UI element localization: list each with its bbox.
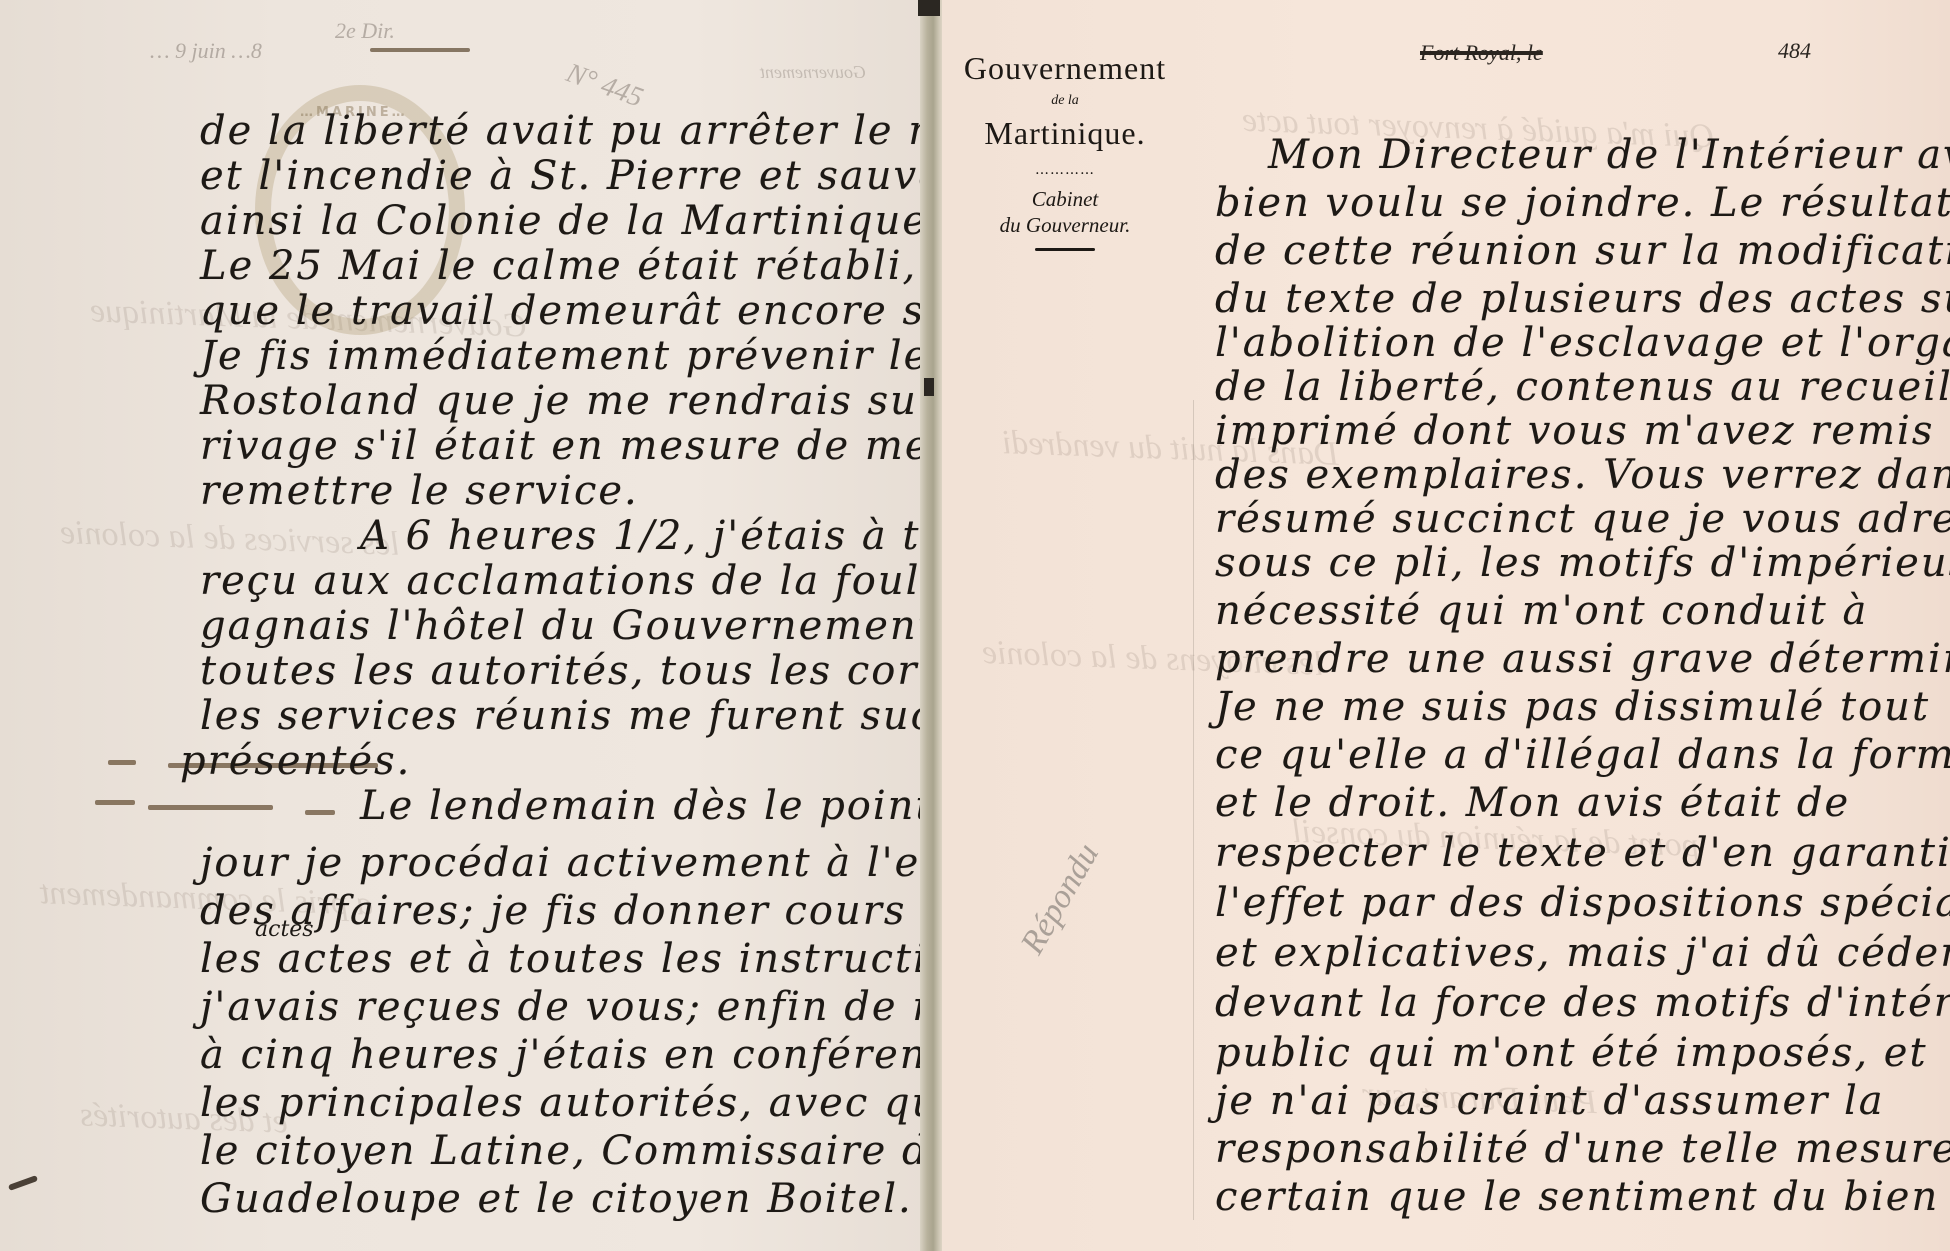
- text-line: et le droit. Mon avis était de: [1215, 780, 1850, 826]
- text-line: de cette réunion sur la modification: [1215, 228, 1950, 274]
- text-line: les principales autorités, avec qui elle…: [200, 1080, 924, 1126]
- text-line: de la liberté, contenus au recueil: [1215, 364, 1950, 410]
- text-line: l'effet par des dispositions spéciales: [1215, 880, 1950, 926]
- text-line: gagnais l'hôtel du Gouvernement, où: [200, 603, 924, 649]
- letterhead-flourish: [1035, 248, 1095, 251]
- margin-line: [1193, 400, 1194, 1220]
- margin-dash: [95, 800, 135, 805]
- letterhead-martinique: Martinique.: [960, 115, 1170, 152]
- text-line: respecter le texte et d'en garantir: [1215, 830, 1950, 876]
- text-line: et explicatives, mais j'ai dû céder: [1215, 930, 1950, 976]
- text-line: à cinq heures j'étais en conférence avec: [200, 1032, 924, 1078]
- date-annotation: … 9 juin …8: [150, 38, 262, 64]
- ink-blot: [8, 1175, 38, 1191]
- text-line: j'avais reçues de vous; enfin de midi: [200, 984, 924, 1030]
- margin-dash: [305, 810, 335, 815]
- text-line: et l'incendie à St. Pierre et sauver: [200, 153, 924, 199]
- text-line: jour je procédai activement à l'expéditi…: [200, 840, 924, 886]
- text-line: des exemplaires. Vous verrez dans le: [1215, 452, 1950, 498]
- text-line: je n'ai pas craint d'assumer la: [1215, 1078, 1885, 1124]
- text-line: les actes et à toutes les instructions q…: [200, 936, 924, 982]
- letterhead-du-gouverneur: du Gouverneur.: [960, 212, 1170, 238]
- folio-number: 484: [1778, 38, 1811, 64]
- underline-rule: [370, 48, 470, 52]
- place-date-struck: Fort Royal, le: [1420, 40, 1543, 66]
- text-line: l'abolition de l'esclavage et l'organisa…: [1215, 320, 1950, 366]
- left-page: Gouvernement de la Martinique les servic…: [0, 0, 924, 1251]
- letterhead-dots: …………: [960, 162, 1170, 178]
- text-line: certain que le sentiment du bien: [1215, 1174, 1939, 1220]
- letterhead: Gouvernement de la Martinique. ………… Cabi…: [960, 50, 1170, 251]
- text-line: reçu aux acclamations de la foule; je: [200, 558, 924, 604]
- mirrored-letterhead: Gouvernement: [760, 62, 866, 83]
- text-line: responsabilité d'une telle mesure,: [1215, 1126, 1950, 1172]
- text-line: toutes les autorités, tous les corps, to…: [200, 648, 924, 694]
- text-line: Rostoland que je me rendrais sur le: [200, 378, 924, 424]
- text-line: Je fis immédiatement prévenir le Général: [200, 333, 924, 379]
- text-line: imprimé dont vous m'avez remis: [1215, 408, 1934, 454]
- register-number: N° 445: [562, 57, 647, 114]
- text-line: que le travail demeurât encore suspendu.: [200, 288, 924, 334]
- text-line: nécessité qui m'ont conduit à: [1215, 588, 1868, 634]
- text-line: bien voulu se joindre. Le résultat: [1215, 180, 1950, 226]
- text-line: les services réunis me furent successive…: [200, 693, 924, 739]
- text-line: Mon Directeur de l'Intérieur avait: [1268, 132, 1950, 178]
- book-spine: [920, 0, 944, 1251]
- text-line: A 6 heures 1/2, j'étais à terre: [360, 513, 924, 559]
- text-line: Le lendemain dès le point du: [360, 783, 924, 829]
- text-line: ce qu'elle a d'illégal dans la forme: [1215, 732, 1950, 778]
- text-line: présentés.: [180, 738, 411, 784]
- text-line: le citoyen Latine, Commissaire de la: [200, 1128, 924, 1174]
- margin-dash: [148, 805, 273, 810]
- text-line: rivage s'il était en mesure de me: [200, 423, 924, 469]
- text-line: ainsi la Colonie de la Martinique.: [200, 198, 924, 244]
- letterhead-cabinet: Cabinet: [960, 186, 1170, 212]
- text-line: résumé succinct que je vous adresse: [1215, 496, 1950, 542]
- binding-tab: [924, 378, 934, 396]
- text-line: remettre le service.: [200, 468, 639, 514]
- letterhead-government: Gouvernement: [960, 50, 1170, 87]
- margin-dash: [108, 760, 136, 765]
- text-line: Guadeloupe et le citoyen Boitel.: [200, 1176, 913, 1222]
- text-line: de la liberté avait pu arrêter le meurtr…: [200, 108, 924, 154]
- binding-tab: [918, 0, 940, 16]
- letterhead-de-la: de la: [960, 93, 1170, 109]
- text-line: du texte de plusieurs des actes sur: [1215, 276, 1950, 322]
- text-line: sous ce pli, les motifs d'impérieuse: [1215, 540, 1950, 586]
- direction-annotation: 2e Dir.: [335, 18, 395, 44]
- text-line: prendre une aussi grave détermination.: [1215, 636, 1950, 682]
- bleed-through-text: les services de la colonie: [59, 514, 400, 564]
- text-line: public qui m'ont été imposés, et: [1215, 1030, 1928, 1076]
- text-line: Je ne me suis pas dissimulé tout: [1215, 684, 1930, 730]
- text-line: devant la force des motifs d'intérêt: [1215, 980, 1950, 1026]
- text-line: Le 25 Mai le calme était rétabli, bien: [200, 243, 924, 289]
